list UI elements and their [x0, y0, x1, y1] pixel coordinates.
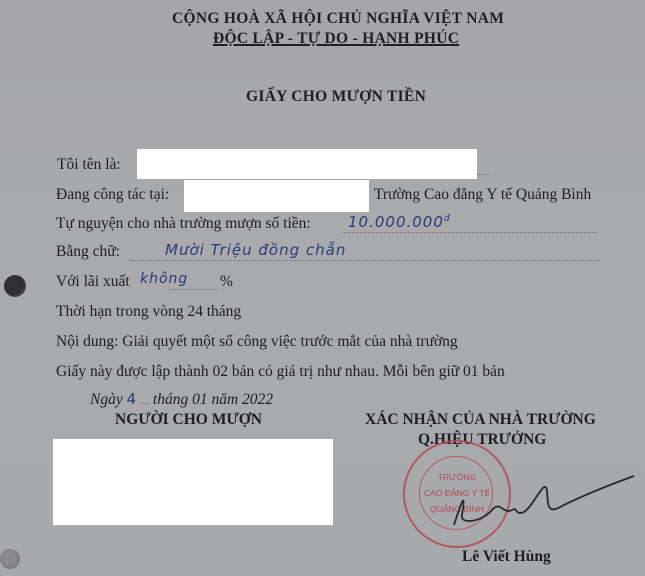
- copies-text: Giấy này được lập thành 02 bản có giá tr…: [56, 363, 505, 381]
- binder-hole-bottom: [0, 549, 20, 569]
- amount-value: 10.000.000đ: [348, 213, 451, 231]
- lender-title: NGƯỜI CHO MƯỢN: [115, 411, 262, 429]
- principal-name: Lê Viết Hùng: [462, 548, 551, 566]
- content-text: Nội dung: Giải quyết một số công việc tr…: [56, 333, 458, 351]
- principal-signature: [452, 470, 637, 530]
- date-day: 4: [127, 390, 138, 408]
- national-header: CỘNG HOÀ XÃ HỘI CHỦ NGHĨA VIỆT NAM: [172, 10, 504, 28]
- term-text: Thời hạn trong vòng 24 tháng: [56, 303, 241, 321]
- school-confirm-title: XÁC NHẬN CỦA NHÀ TRƯỜNG: [365, 411, 596, 429]
- document-title: GIẤY CHO MƯỢN TIỀN: [246, 88, 426, 106]
- workplace-label: Đang công tác tại:: [56, 186, 169, 204]
- interest-label: Với lãi xuất: [56, 273, 130, 291]
- interest-dotted-line: [170, 289, 218, 290]
- amount-label: Tự nguyện cho nhà trường mượn số tiền:: [56, 215, 311, 233]
- date-line: Ngày 4 tháng 01 năm 2022: [90, 390, 273, 409]
- redacted-lender-signature: [53, 439, 333, 525]
- words-value: Mười Triệu đồng chẵn: [165, 241, 346, 259]
- words-label: Bằng chữ:: [56, 243, 120, 261]
- redacted-workplace: [184, 180, 369, 212]
- name-label: Tôi tên là:: [57, 156, 121, 174]
- workplace-value: Trường Cao đẳng Y tế Quảng Bình: [374, 186, 591, 204]
- words-dotted-line: [130, 260, 600, 261]
- interest-value: không: [140, 271, 188, 287]
- binder-hole-top: [4, 275, 26, 297]
- redacted-name: [137, 149, 477, 179]
- amount-dotted-line: [342, 232, 597, 233]
- national-motto: ĐỘC LẬP - TỰ DO - HẠNH PHÚC: [213, 30, 459, 48]
- interest-suffix: %: [220, 273, 233, 291]
